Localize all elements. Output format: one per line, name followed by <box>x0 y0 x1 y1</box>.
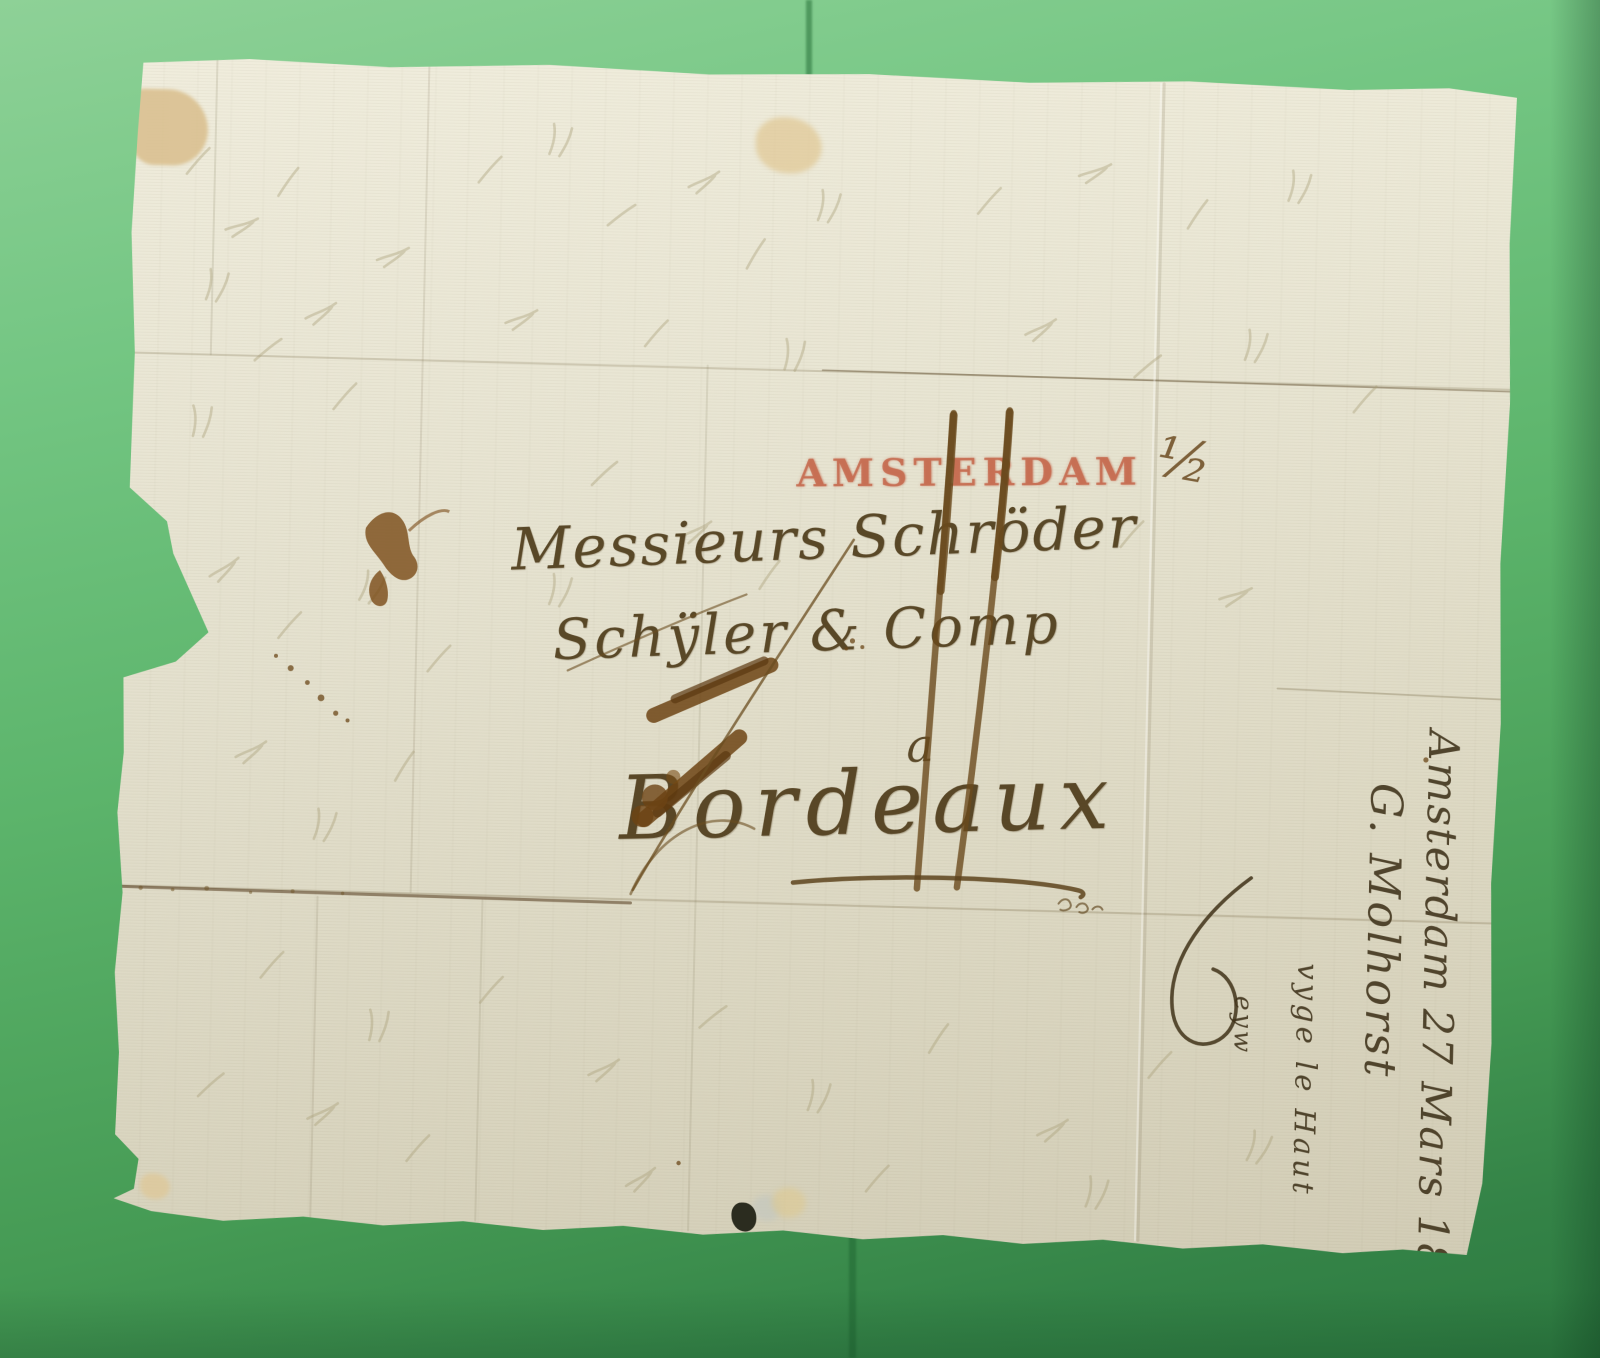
folded-letter-cover: AMSTERDAM ½ Messieurs Schröder Schÿler &… <box>103 52 1524 1269</box>
photo-backdrop: AMSTERDAM ½ Messieurs Schröder Schÿler &… <box>0 0 1600 1358</box>
backdrop-right-shadow <box>1550 0 1600 1358</box>
backdrop-bottom-shadow <box>0 1288 1600 1358</box>
crossed-rate-smudge <box>631 658 771 830</box>
pen-flourish-lines <box>563 533 854 898</box>
ink-smudge-tail <box>409 510 449 532</box>
ink-specks <box>263 625 1431 1182</box>
ink-markings-layer <box>103 52 1524 1269</box>
paraph-flourish <box>1171 876 1251 1045</box>
rate-marking-11-strokes <box>917 409 1010 891</box>
ink-smudge-left <box>364 512 419 607</box>
bordeaux-underline <box>792 874 1103 913</box>
